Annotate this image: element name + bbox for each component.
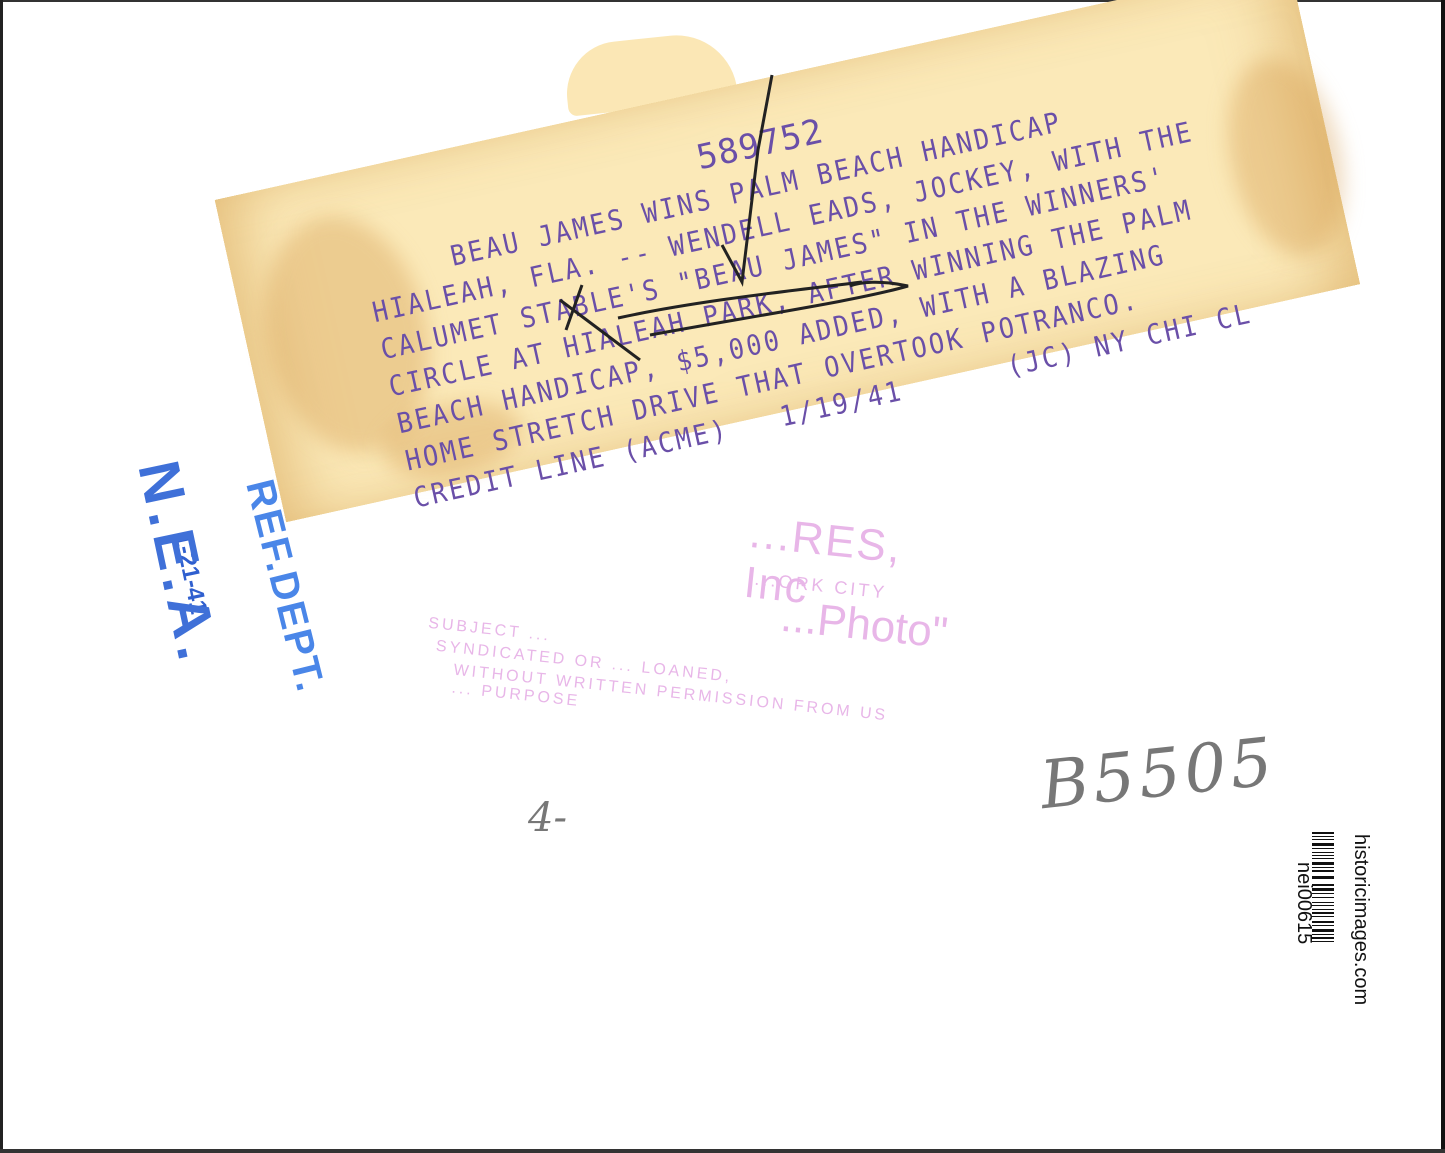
underline-mark <box>618 282 862 318</box>
stamp-org: N.E.A. <box>124 455 233 671</box>
handwritten-note: 4- <box>528 795 567 841</box>
department-stamp: REF.DEPT. 1-21-41 N.E.A. <box>40 450 280 770</box>
barcode-id: nei00615 <box>1292 862 1315 944</box>
barcode-icon <box>1312 832 1334 1027</box>
barcode-site: historicimages.com <box>1349 834 1372 1005</box>
barcode-label: historicimages.com nei00615 <box>1312 832 1372 1027</box>
underline-mark <box>650 282 908 335</box>
checkmark-icon <box>722 75 772 282</box>
